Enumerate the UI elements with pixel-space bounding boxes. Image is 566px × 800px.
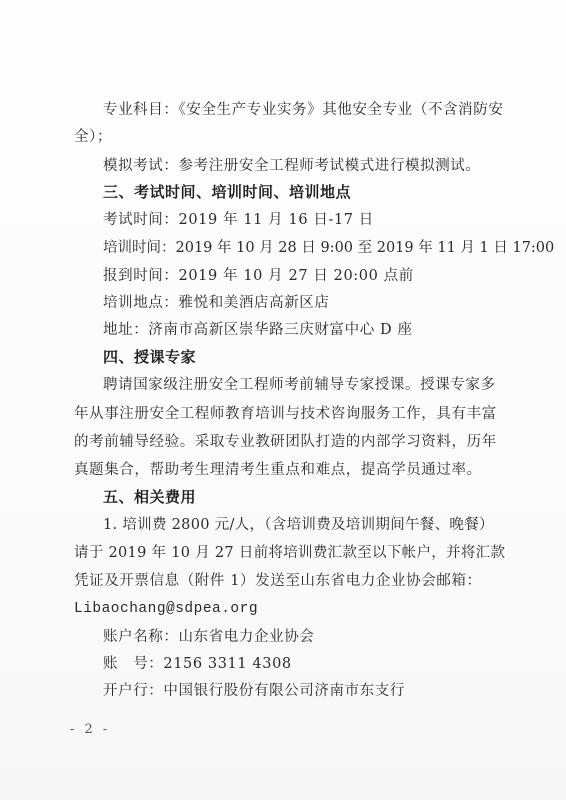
document-page: 专业科目：《安全生产专业实务》其他安全专业（不含消防安 全）； 模拟考试：参考注… [0, 0, 566, 800]
exam-time-line: 考试时间：2019 年 11 月 16 日-17 日 [103, 210, 374, 230]
fee-line-1: 1. 培训费 2800 元/人，（含培训费及培训期间午餐、晚餐） [103, 515, 494, 535]
training-location-line: 培训地点：雅悦和美酒店高新区店 [103, 293, 330, 313]
section-heading-5: 五、相关费用 [103, 487, 196, 507]
subject-line: 专业科目：《安全生产专业实务》其他安全专业（不含消防安 [103, 100, 503, 120]
experts-paragraph-line-2: 年从事注册安全工程师教育培训与技术咨询服务工作，具有丰富 [74, 404, 497, 424]
training-time-line: 培训时间：2019 年 10 月 28 日 9:00 至 2019 年 11 月… [103, 238, 554, 258]
experts-paragraph-line-1: 聘请国家级注册安全工程师考前辅导专家授课。授课专家多 [103, 375, 496, 395]
account-number-line: 账 号：2156 3311 4308 [103, 654, 292, 674]
mock-exam-line: 模拟考试：参考注册安全工程师考试模式进行模拟测试。 [103, 156, 481, 176]
experts-paragraph-line-4: 真题集合，帮助考生理清考生重点和难点，提高学员通过率。 [74, 460, 482, 480]
subject-line-continued: 全）； [74, 127, 112, 147]
fee-line-2: 请于 2019 年 10 月 27 日前将培训费汇款至以下帐户，并将汇款 [74, 543, 505, 563]
experts-paragraph-line-3: 的考前辅导经验。采取专业教研团队打造的内部学习资料，历年 [74, 432, 497, 452]
fee-line-3: 凭证及开票信息（附件 1）发送至山东省电力企业协会邮箱： [74, 571, 482, 591]
email-address[interactable]: Libaochang@sdpea.org [74, 599, 258, 619]
section-heading-3: 三、考试时间、培训时间、培训地点 [103, 182, 351, 202]
section-heading-4: 四、授课专家 [103, 347, 196, 367]
account-name-line: 账户名称：山东省电力企业协会 [103, 627, 314, 647]
address-line: 地址：济南市高新区崇华路三庆财富中心 D 座 [103, 320, 413, 340]
bank-line: 开户行：中国银行股份有限公司济南市东支行 [103, 681, 405, 701]
page-number: - 2 - [70, 722, 110, 737]
checkin-time-line: 报到时间：2019 年 10 月 27 日 20:00 点前 [103, 266, 414, 286]
